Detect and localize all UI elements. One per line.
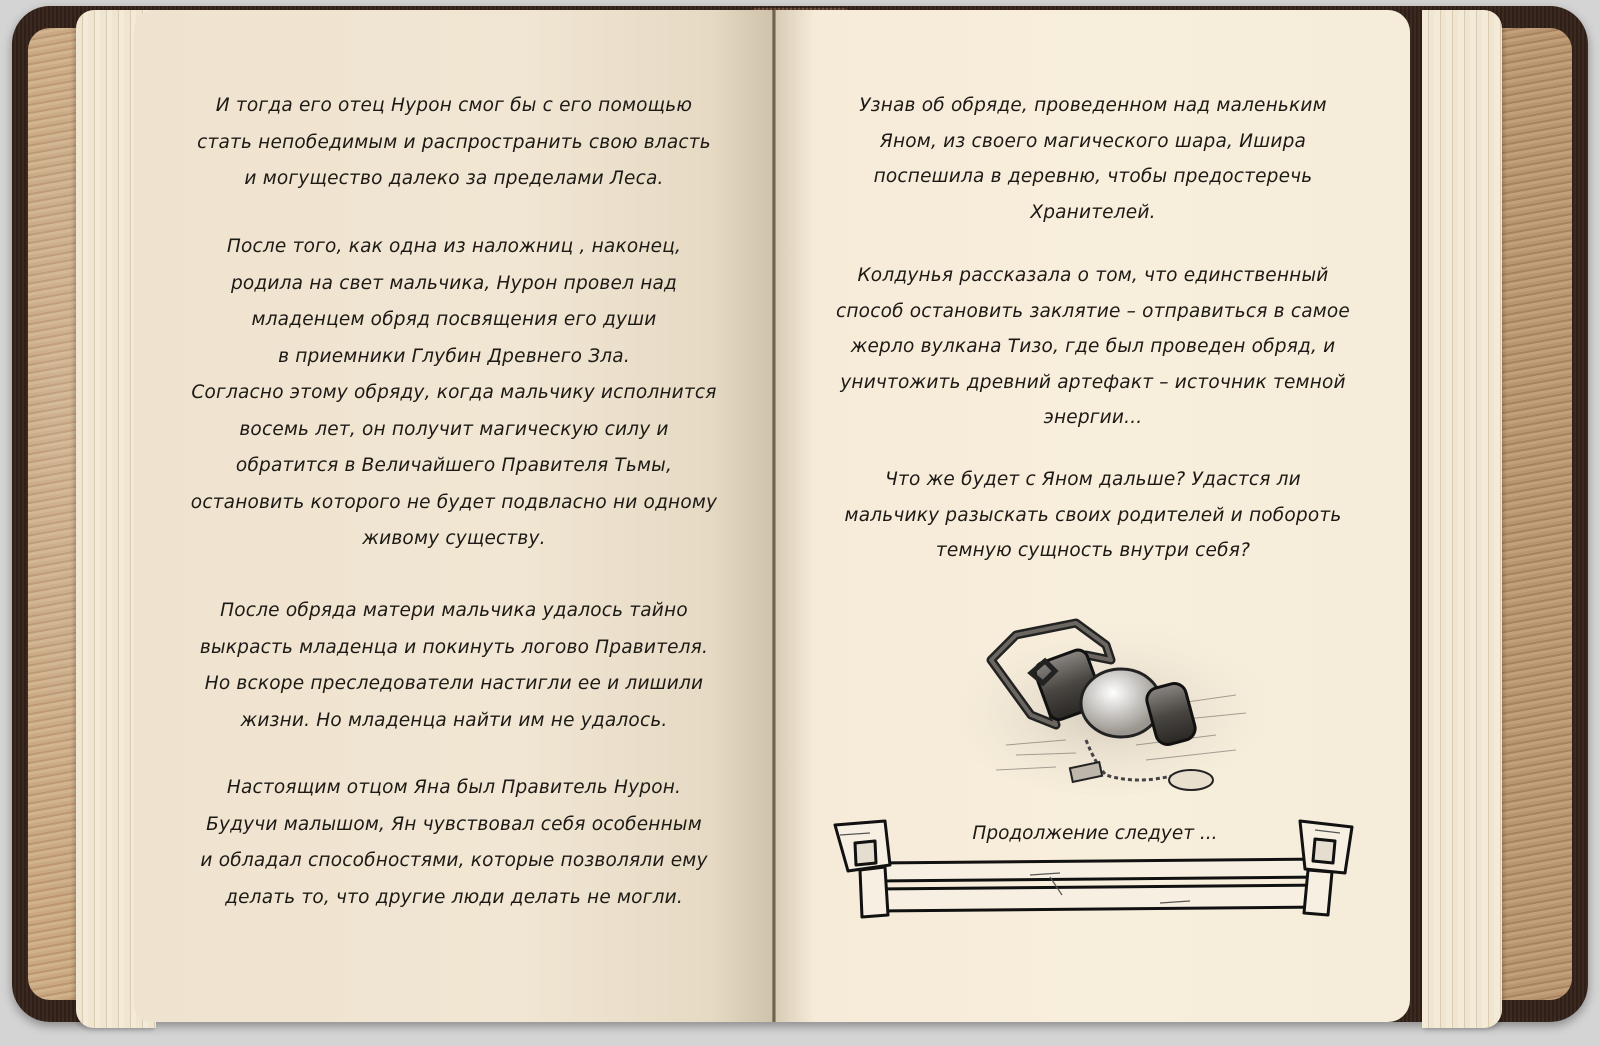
text-line: энергии... [776,400,1410,436]
paragraph: И тогда его отец Нурон смог бы с его пом… [134,88,774,198]
text-line: Будучи малышом, Ян чувствовал себя особе… [134,807,774,844]
text-line: поспешила в деревню, чтобы предостеречь [776,159,1410,195]
text-line: Яном, из своего магического шара, Ишира [776,124,1410,160]
text-line: После обряда матери мальчика удалось тай… [134,593,774,630]
text-line: в приемники Глубин Древнего Зла. [134,339,774,376]
text-line: Хранителей. [776,195,1410,231]
lantern-illustration [936,595,1266,795]
right-page[interactable]: Узнав об обряде, проведенном над маленьк… [776,10,1410,1022]
text-line: и могущество далеко за пределами Леса. [134,161,774,198]
text-line: И тогда его отец Нурон смог бы с его пом… [134,88,774,125]
text-line: живому существу. [134,521,774,558]
text-line: способ остановить заклятие – отправиться… [776,294,1410,330]
continued-text: Продолжение следует ... [830,823,1360,844]
paragraph: Колдунья рассказала о том, что единствен… [776,258,1410,436]
text-line: Колдунья рассказала о том, что единствен… [776,258,1410,294]
text-line: восемь лет, он получит магическую силу и [134,412,774,449]
text-line: остановить которого не будет подвласно н… [134,485,774,522]
text-line: Согласно этому обряду, когда мальчику ис… [134,375,774,412]
text-line: мальчику разыскать своих родителей и поб… [776,498,1410,534]
text-line: Узнав об обряде, проведенном над маленьк… [776,88,1410,124]
text-line: родила на свет мальчика, Нурон провел на… [134,266,774,303]
page-stack-right [1422,10,1502,1028]
continued-banner: Продолжение следует ... [830,815,1360,925]
text-line: жизни. Но младенца найти им не удалось. [134,703,774,740]
paragraph: Настоящим отцом Яна был Правитель Нурон.… [134,770,774,916]
text-line: жерло вулкана Тизо, где был проведен обр… [776,329,1410,365]
text-line: Настоящим отцом Яна был Правитель Нурон. [134,770,774,807]
text-line: После того, как одна из наложниц , након… [134,229,774,266]
text-line: обратится в Величайшего Правителя Тьмы, [134,448,774,485]
text-line: Но вскоре преследователи настигли ее и л… [134,666,774,703]
paragraph: После обряда матери мальчика удалось тай… [134,593,774,739]
text-line: младенцем обряд посвящения его души [134,302,774,339]
lantern-icon [936,595,1266,795]
paragraph: После того, как одна из наложниц , након… [134,229,774,558]
text-line: и обладал способностями, которые позволя… [134,843,774,880]
text-line: темную сущность внутри себя? [776,533,1410,569]
text-line: стать непобедимым и распространить свою … [134,125,774,162]
text-line: выкрасть младенца и покинуть логово Прав… [134,630,774,667]
left-page[interactable]: И тогда его отец Нурон смог бы с его пом… [134,10,774,1022]
text-line: Что же будет с Яном дальше? Удастся ли [776,462,1410,498]
text-line: делать то, что другие люди делать не мог… [134,880,774,917]
paragraph: Узнав об обряде, проведенном над маленьк… [776,88,1410,230]
text-line: уничтожить древний артефакт – источник т… [776,365,1410,401]
paragraph: Что же будет с Яном дальше? Удастся ли м… [776,462,1410,569]
